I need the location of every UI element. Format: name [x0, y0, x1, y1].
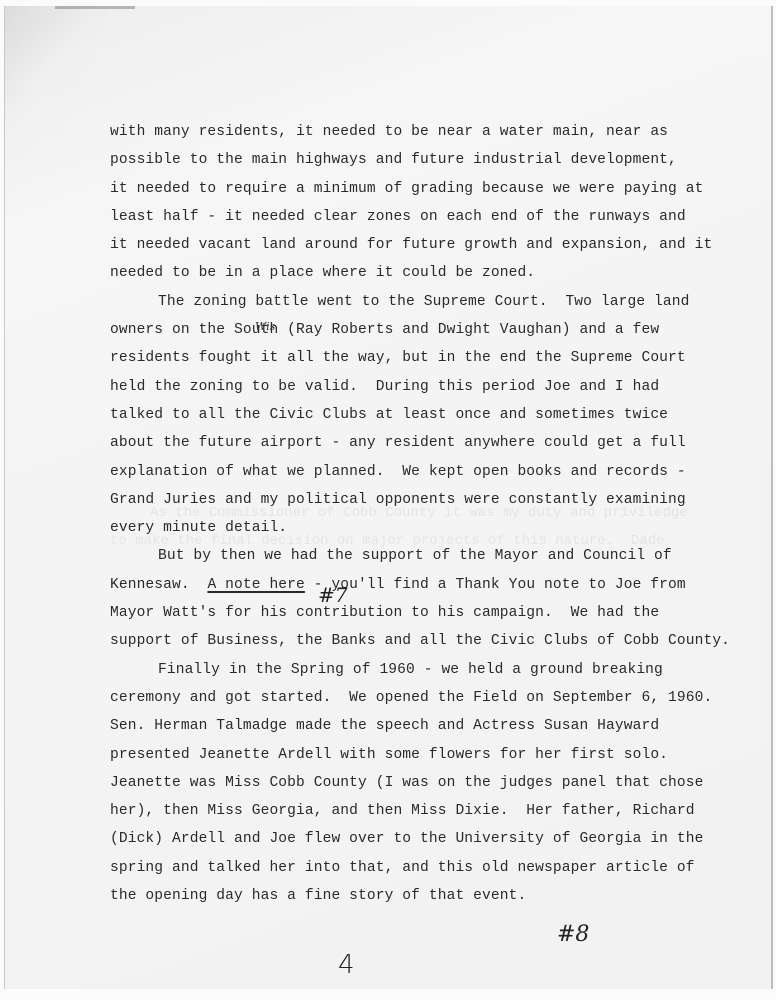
text-line: presented Jeanette Ardell with some flow… — [110, 741, 760, 769]
text-line: needed to be in a place where it could b… — [110, 259, 760, 287]
text-line: But by then we had the support of the Ma… — [110, 542, 760, 570]
text-line: owners on the South (Ray Roberts and Dwi… — [110, 316, 760, 344]
text-line: the opening day has a fine story of that… — [110, 882, 760, 910]
text-line: about the future airport - any resident … — [110, 429, 760, 457]
text-line: every minute detail. — [110, 514, 760, 542]
text-line: The zoning battle went to the Supreme Co… — [110, 288, 760, 316]
underlined-note: A note here — [207, 577, 304, 593]
text-line: it needed vacant land around for future … — [110, 231, 760, 259]
text-line: (Dick) Ardell and Joe flew over to the U… — [110, 825, 760, 853]
text-line: support of Business, the Banks and all t… — [110, 627, 760, 655]
text-line: talked to all the Civic Clubs at least o… — [110, 401, 760, 429]
text-segment: Kennesaw. — [110, 577, 207, 593]
text-line: Jeanette was Miss Cobb County (I was on … — [110, 769, 760, 797]
handwritten-marker-7: #7 — [318, 583, 347, 607]
typed-text-body: with many residents, it needed to be nea… — [110, 118, 760, 910]
text-line: held the zoning to be valid. During this… — [110, 373, 760, 401]
text-line: ceremony and got started. We opened the … — [110, 684, 760, 712]
handwritten-page-number: 4 — [338, 950, 355, 980]
text-line: it needed to require a minimum of gradin… — [110, 175, 760, 203]
text-line: Mayor Watt's for his contribution to his… — [110, 599, 760, 627]
text-line: residents fought it all the way, but in … — [110, 344, 760, 372]
handwritten-marker-8: #8 — [557, 922, 589, 947]
scanned-document: As the Commissioner of Cobb County it wa… — [0, 0, 776, 1000]
text-line: least half - it needed clear zones on ea… — [110, 203, 760, 231]
text-line: Grand Juries and my political opponents … — [110, 486, 760, 514]
text-segment: - you'll find a Thank You note to Joe fr… — [305, 577, 686, 593]
text-line: Kennesaw. A note here - you'll find a Th… — [110, 571, 760, 599]
text-line: Sen. Herman Talmadge made the speech and… — [110, 712, 760, 740]
text-line: Finally in the Spring of 1960 - we held … — [110, 656, 760, 684]
text-line: possible to the main highways and future… — [110, 146, 760, 174]
page-edge-shadow — [55, 6, 135, 9]
handwritten-edit-mark: Wis — [255, 320, 275, 333]
text-line: with many residents, it needed to be nea… — [110, 118, 760, 146]
text-line: her), then Miss Georgia, and then Miss D… — [110, 797, 760, 825]
text-line: spring and talked her into that, and thi… — [110, 854, 760, 882]
text-line: explanation of what we planned. We kept … — [110, 458, 760, 486]
